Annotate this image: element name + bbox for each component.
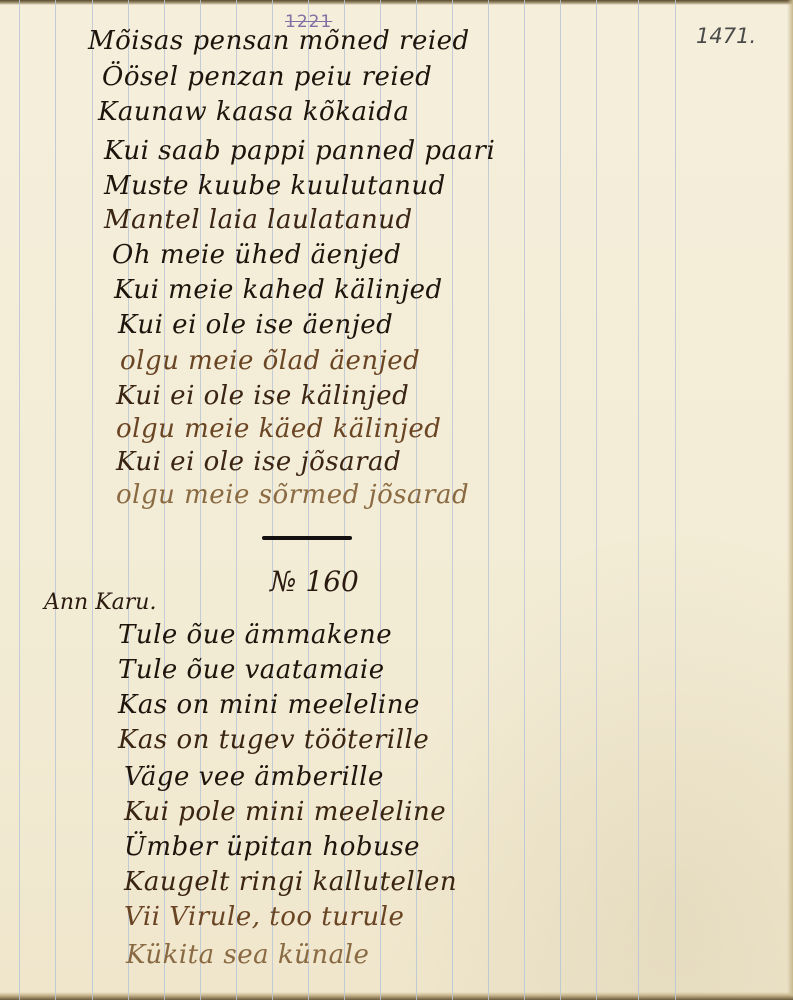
page-number: 1471. (696, 24, 756, 48)
verse-line: Kaunaw kaasa kõkaida (98, 97, 409, 127)
verse-line: Oh meie ühed äenjed (112, 240, 401, 270)
verse-line: Muste kuube kuulutanud (104, 171, 446, 201)
verse-line: Kui ei ole ise äenjed (118, 310, 393, 340)
verse-line: olgu meie õlad äenjed (120, 346, 420, 376)
verse-line: Mõisas pensan mõned reied (88, 26, 470, 56)
ruled-line (675, 0, 676, 1000)
ruled-line (92, 0, 93, 1000)
verse-line: Väge vee ämberille (124, 762, 384, 792)
verse-line: Mantel laia laulatanud (104, 205, 413, 235)
verse-line: olgu meie käed kälinjed (116, 414, 441, 444)
section-divider (262, 536, 352, 540)
verse-line: Kui meie kahed kälinjed (114, 275, 443, 305)
verse-line: Kui saab pappi panned paari (104, 136, 495, 166)
ruled-line (19, 0, 20, 1000)
verse-line: Kaugelt ringi kallutellen (124, 867, 457, 897)
page-right-edge (787, 0, 793, 1000)
verse-line: Ümber üpitan hobuse (124, 832, 420, 862)
verse-line: Tule õue vaatamaie (118, 655, 385, 685)
verse-line: Kui ei ole ise jõsarad (116, 447, 401, 477)
verse-line: Kas on mini meeleline (118, 690, 420, 720)
manuscript-page: 1221 1471. Mõisas pensan mõned reied Öös… (0, 0, 793, 1000)
verse-line: olgu meie sõrmed jõsarad (116, 480, 469, 510)
verse-line: Kükita sea künale (126, 940, 369, 970)
verse-line: Öösel penzan peiu reied (102, 62, 432, 92)
verse-line: Kui pole mini meeleline (124, 797, 446, 827)
ruled-line (55, 0, 56, 1000)
ruled-line (560, 0, 561, 1000)
ruled-line (524, 0, 525, 1000)
verse-line: Vii Virule, too turule (124, 902, 404, 932)
poem-number: № 160 (270, 565, 359, 598)
verse-line: Tule õue ämmakene (118, 620, 392, 650)
informant-name: Ann Karu. (44, 590, 156, 615)
verse-line: Kas on tugev tööterille (118, 725, 429, 755)
ruled-line (638, 0, 639, 1000)
ruled-line (596, 0, 597, 1000)
verse-line: Kui ei ole ise kälinjed (116, 381, 409, 411)
